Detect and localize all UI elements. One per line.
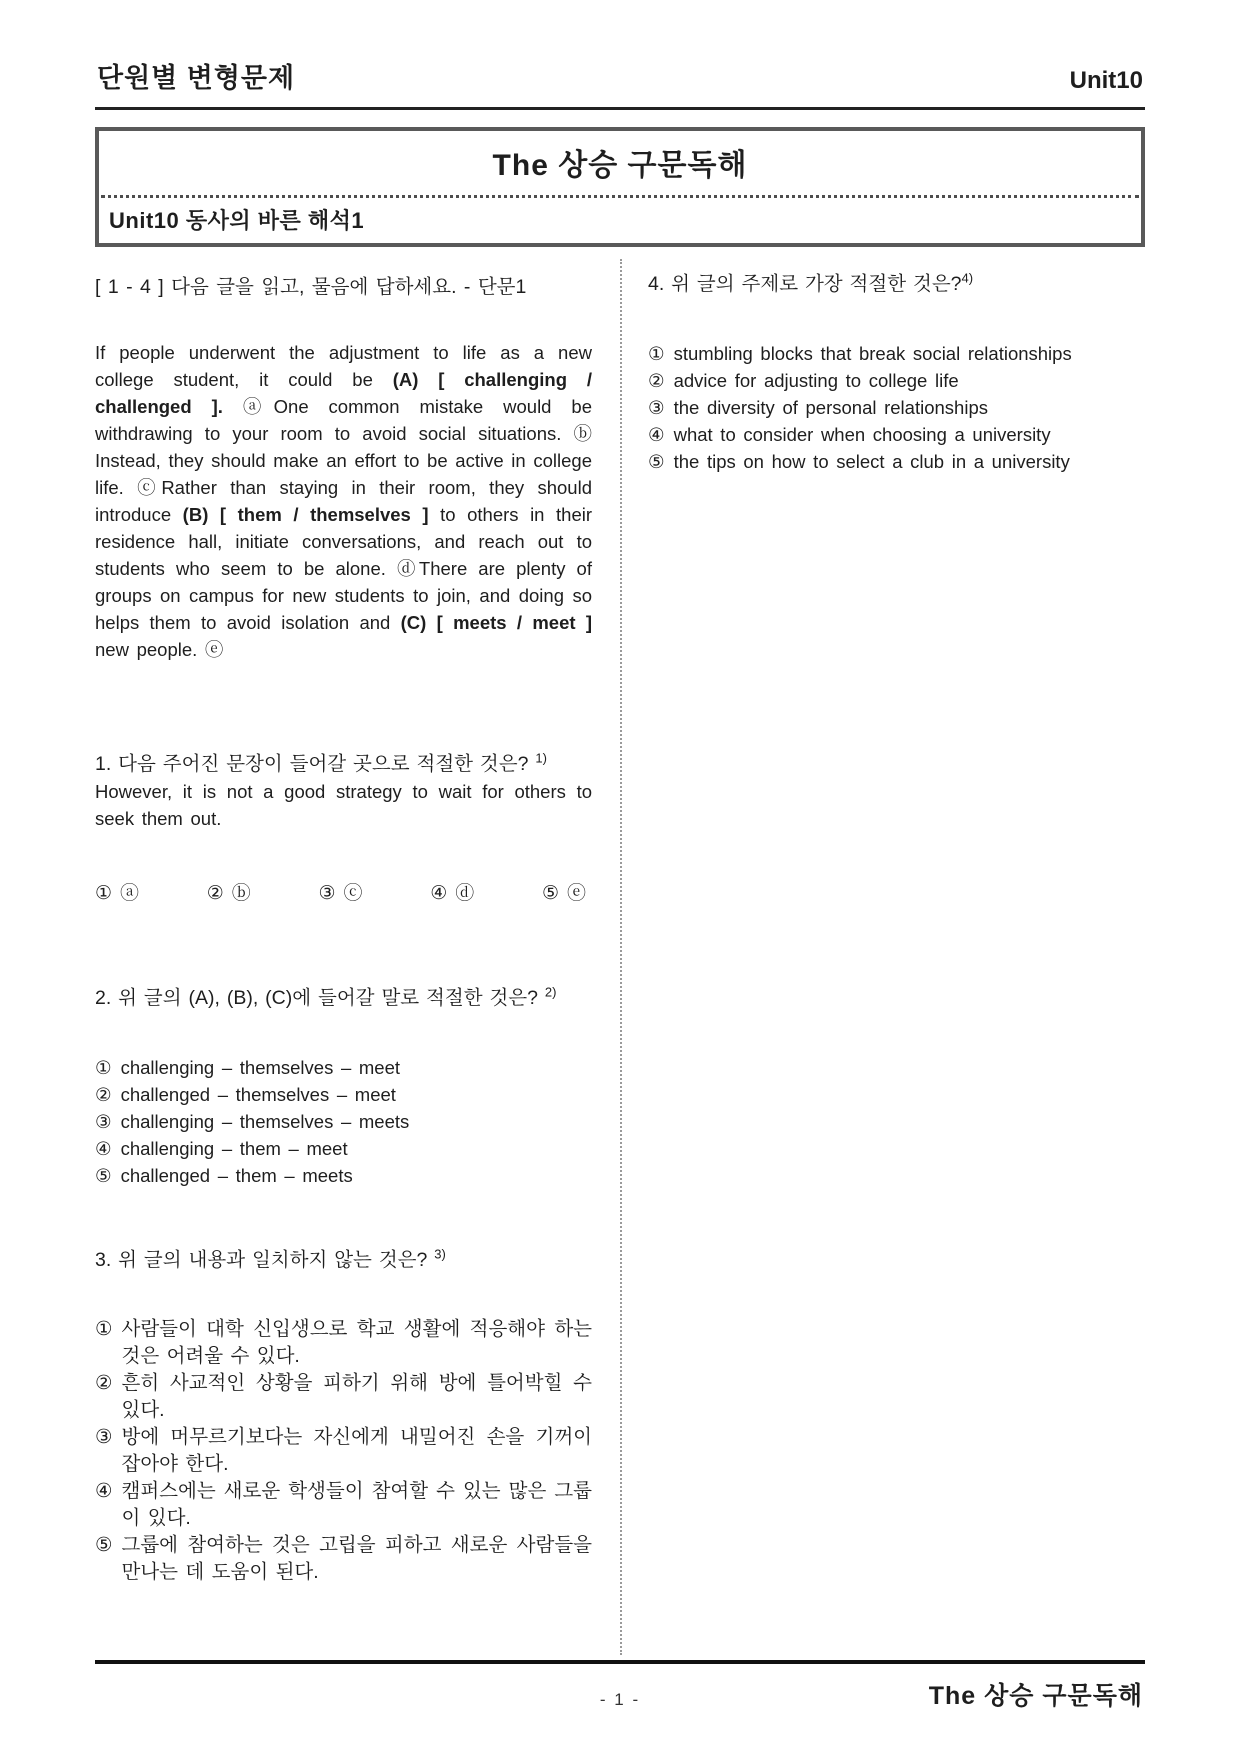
option-row: ②challenged – themselves – meet (95, 1081, 592, 1108)
question-1-stem-text: 1. 다음 주어진 문장이 들어갈 곳으로 적절한 것은? (95, 753, 535, 775)
option-marker: ④ (95, 1478, 112, 1505)
left-column: [ 1 - 4 ] 다음 글을 읽고, 물음에 답하세요. - 단문1 If p… (95, 257, 592, 1586)
option-row: ④what to consider when choosing a univer… (648, 421, 1145, 448)
option-text: challenging – themselves – meet (121, 1054, 592, 1081)
option-row: ①challenging – themselves – meet (95, 1054, 592, 1081)
option-text: stumbling blocks that break social relat… (674, 340, 1145, 367)
question-4-stem-text: 4. 위 글의 주제로 가장 적절한 것은? (648, 273, 962, 295)
header-unit-label: Unit10 (1070, 67, 1143, 95)
option-marker: ① (95, 1316, 112, 1343)
option-row: ⑤그룹에 참여하는 것은 고립을 피하고 새로운 사람들을 만나는 데 도움이 … (95, 1532, 592, 1586)
option-marker: ⑤ (542, 883, 559, 904)
question-4-stem: 4. 위 글의 주제로 가장 적절한 것은?4) (648, 271, 1145, 298)
option-row: ④challenging – them – meet (95, 1135, 592, 1162)
page-number: - 1 - (600, 1690, 640, 1710)
option-text: 그룹에 참여하는 것은 고립을 피하고 새로운 사람들을 만나는 데 도움이 된… (121, 1532, 592, 1586)
option-marker: ② (95, 1081, 112, 1108)
title-box: The 상승 구문독해 Unit10 동사의 바른 해석1 (95, 127, 1145, 247)
option-text: ⓑ (232, 883, 251, 904)
option-marker: ② (648, 367, 665, 394)
option-row: ④캠퍼스에는 새로운 학생들이 참여할 수 있는 많은 그룹이 있다. (95, 1478, 592, 1532)
footer-rule (95, 1660, 1145, 1664)
question-1-options: ①ⓐ ②ⓑ ③ⓒ ④ⓓ ⑤ⓔ (95, 878, 592, 905)
question-2-options: ①challenging – themselves – meet ②challe… (95, 1054, 592, 1189)
question-2-stem-text: 2. 위 글의 (A), (B), (C)에 들어갈 말로 적절한 것은? (95, 987, 545, 1009)
option-text: the tips on how to select a club in a un… (674, 448, 1145, 475)
passage-segment-bold-c: (C) [ meets / meet ] (401, 612, 592, 633)
passage-segment-bold-b: (B) [ them / themselves ] (183, 504, 429, 525)
option-row: ①ⓐ (95, 878, 139, 905)
footer: - 1 - The 상승 구문독해 (95, 1660, 1145, 1722)
option-text: ⓓ (455, 883, 474, 904)
option-row: ③ⓒ (318, 878, 362, 905)
option-text: advice for adjusting to college life (674, 367, 1145, 394)
option-marker: ⑤ (95, 1532, 112, 1559)
option-text: 방에 머무르기보다는 자신에게 내밀어진 손을 기꺼이 잡아야 한다. (121, 1424, 592, 1478)
option-text: challenging – themselves – meets (121, 1108, 592, 1135)
question-4-options: ①stumbling blocks that break social rela… (648, 340, 1145, 475)
question-2-footnote-ref: 2) (545, 985, 557, 1000)
option-text: 사람들이 대학 신입생으로 학교 생활에 적응해야 하는 것은 어려울 수 있다… (121, 1316, 592, 1370)
header-rule (95, 107, 1145, 110)
option-row: ②advice for adjusting to college life (648, 367, 1145, 394)
option-marker: ③ (648, 394, 665, 421)
instruction-text: [ 1 - 4 ] 다음 글을 읽고, 물음에 답하세요. - 단문1 (95, 271, 592, 299)
option-marker: ③ (95, 1424, 112, 1451)
option-text: ⓔ (567, 883, 586, 904)
option-marker: ④ (95, 1135, 112, 1162)
option-row: ①stumbling blocks that break social rela… (648, 340, 1145, 367)
option-row: ⑤the tips on how to select a club in a u… (648, 448, 1145, 475)
option-marker: ④ (430, 883, 447, 904)
option-row: ③방에 머무르기보다는 자신에게 내밀어진 손을 기꺼이 잡아야 한다. (95, 1424, 592, 1478)
worksheet-page: 단원별 변형문제 Unit10 The 상승 구문독해 Unit10 동사의 바… (0, 0, 1240, 1752)
option-text: ⓒ (344, 883, 363, 904)
top-header: 단원별 변형문제 Unit10 (95, 56, 1145, 95)
option-text: the diversity of personal relationships (674, 394, 1145, 421)
option-row: ④ⓓ (430, 878, 474, 905)
option-text: ⓐ (120, 883, 139, 904)
option-marker: ⑤ (95, 1162, 112, 1189)
question-2-stem: 2. 위 글의 (A), (B), (C)에 들어갈 말로 적절한 것은? 2) (95, 985, 592, 1012)
option-text: 흔히 사교적인 상황을 피하기 위해 방에 틀어박힐 수 있다. (121, 1370, 592, 1424)
option-row: ②흔히 사교적인 상황을 피하기 위해 방에 틀어박힐 수 있다. (95, 1370, 592, 1424)
worksheet-title: The 상승 구문독해 (99, 131, 1141, 195)
option-row: ②ⓑ (207, 878, 251, 905)
question-4: 4. 위 글의 주제로 가장 적절한 것은?4) ①stumbling bloc… (648, 271, 1145, 475)
worksheet-subtitle: Unit10 동사의 바른 해석1 (99, 198, 1141, 243)
option-row: ⑤challenged – them – meets (95, 1162, 592, 1189)
question-1-footnote-ref: 1) (535, 751, 547, 766)
option-text: challenged – them – meets (121, 1162, 592, 1189)
option-text: challenged – themselves – meet (121, 1081, 592, 1108)
content-columns: [ 1 - 4 ] 다음 글을 읽고, 물음에 답하세요. - 단문1 If p… (95, 257, 1145, 1665)
option-marker: ② (95, 1370, 112, 1397)
column-divider (620, 259, 622, 1655)
question-1: 1. 다음 주어진 문장이 들어갈 곳으로 적절한 것은? 1) However… (95, 751, 592, 905)
option-row: ③challenging – themselves – meets (95, 1108, 592, 1135)
question-1-stem: 1. 다음 주어진 문장이 들어갈 곳으로 적절한 것은? 1) (95, 751, 592, 778)
question-3-stem-text: 3. 위 글의 내용과 일치하지 않는 것은? (95, 1249, 434, 1271)
question-2: 2. 위 글의 (A), (B), (C)에 들어갈 말로 적절한 것은? 2)… (95, 985, 592, 1189)
question-1-given-sentence: However, it is not a good strategy to wa… (95, 778, 592, 832)
option-text: what to consider when choosing a univers… (674, 421, 1145, 448)
question-3-options: ①사람들이 대학 신입생으로 학교 생활에 적응해야 하는 것은 어려울 수 있… (95, 1316, 592, 1586)
header-left-title: 단원별 변형문제 (97, 56, 295, 95)
right-column: 4. 위 글의 주제로 가장 적절한 것은?4) ①stumbling bloc… (648, 257, 1145, 475)
option-row: ⑤ⓔ (542, 878, 586, 905)
option-text: challenging – them – meet (121, 1135, 592, 1162)
option-marker: ③ (95, 1108, 112, 1135)
footer-brand: The 상승 구문독해 (929, 1676, 1143, 1712)
question-3: 3. 위 글의 내용과 일치하지 않는 것은? 3) ①사람들이 대학 신입생으… (95, 1247, 592, 1586)
option-marker: ⑤ (648, 448, 665, 475)
option-marker: ① (95, 883, 112, 904)
question-3-footnote-ref: 3) (434, 1247, 446, 1262)
question-3-stem: 3. 위 글의 내용과 일치하지 않는 것은? 3) (95, 1247, 592, 1274)
passage: If people underwent the adjustment to li… (95, 339, 592, 663)
option-row: ①사람들이 대학 신입생으로 학교 생활에 적응해야 하는 것은 어려울 수 있… (95, 1316, 592, 1370)
option-marker: ③ (318, 883, 335, 904)
option-marker: ④ (648, 421, 665, 448)
option-marker: ② (207, 883, 224, 904)
option-text: 캠퍼스에는 새로운 학생들이 참여할 수 있는 많은 그룹이 있다. (121, 1478, 592, 1532)
option-marker: ① (95, 1054, 112, 1081)
passage-segment: new people. ⓔ (95, 639, 223, 660)
question-4-footnote-ref: 4) (962, 271, 974, 286)
option-row: ③the diversity of personal relationships (648, 394, 1145, 421)
option-marker: ① (648, 340, 665, 367)
